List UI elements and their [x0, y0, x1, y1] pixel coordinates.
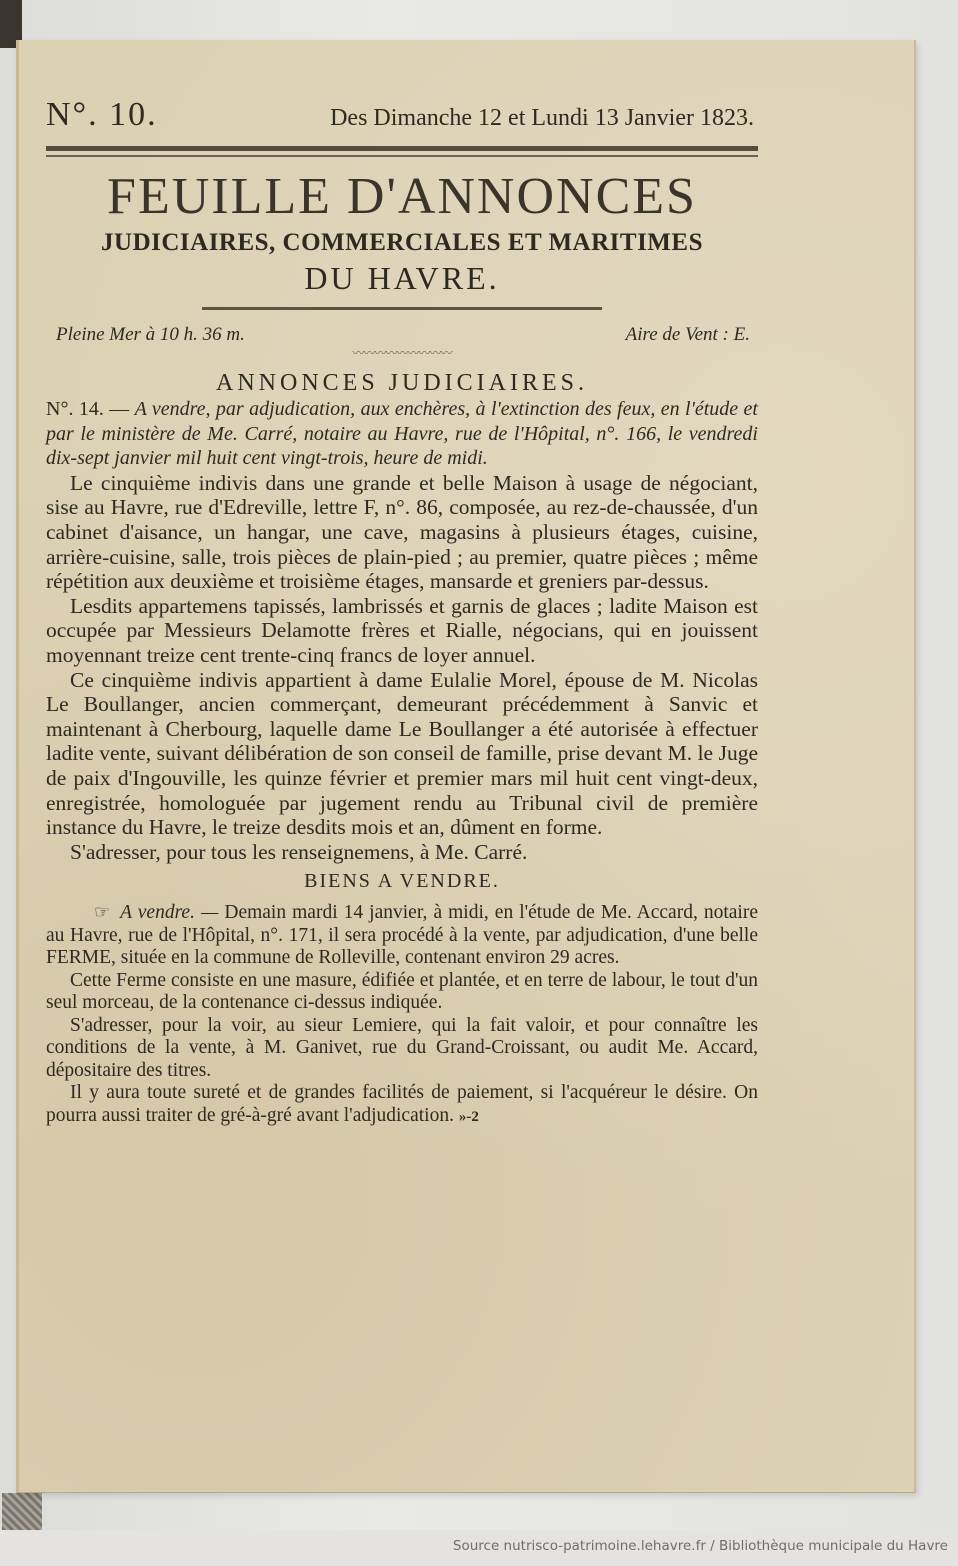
title-rule [202, 307, 602, 310]
masthead-rule-thick [46, 146, 758, 151]
issue-number: N°. 10. [46, 96, 158, 134]
notice-text: A vendre, par adjudication, aux enchères… [46, 398, 758, 469]
section-title-biens: BIENS A VENDRE. [46, 870, 758, 893]
newspaper-title: FEUILLE D'ANNONCES [46, 169, 758, 225]
binding-strip-bottom [2, 1493, 42, 1530]
high-tide: Pleine Mer à 10 h. 36 m. [56, 324, 245, 346]
tide-wind-line: Pleine Mer à 10 h. 36 m. Aire de Vent : … [46, 324, 758, 346]
pointing-hand-icon: ☞ [70, 901, 110, 924]
page-gutter [16, 40, 19, 1492]
closing-paragraph: Il y aura toute sureté et de grandes fac… [46, 1082, 758, 1128]
paragraph-text: Il y aura toute sureté et de grandes fac… [46, 1082, 758, 1126]
wavy-divider: 〰〰〰〰〰〰〰〰〰 [46, 346, 758, 360]
paragraph: S'adresser, pour tous les renseignemens,… [46, 840, 758, 865]
newspaper-subtitle: JUDICIAIRES, COMMERCIALES ET MARITIMES [46, 227, 758, 259]
sale-announcement: ☞ A vendre. — Demain mardi 14 janvier, à… [46, 901, 758, 970]
notice-number: N°. 14. — [46, 398, 129, 420]
wind-direction: Aire de Vent : E. [626, 324, 750, 346]
paragraph: Cette Ferme consiste en une masure, édif… [46, 970, 758, 1015]
newspaper-city: DU HAVRE. [46, 259, 758, 297]
paragraph: Le cinquième indivis dans une grande et … [46, 471, 758, 594]
paragraph: S'adresser, pour la voir, au sieur Lemie… [46, 1015, 758, 1083]
sale-lead-label: A vendre. — [120, 902, 218, 923]
end-mark: »-2 [459, 1109, 479, 1125]
issue-date: Des Dimanche 12 et Lundi 13 Janvier 1823… [330, 105, 758, 132]
section-title-judiciaires: ANNONCES JUDICIAIRES. [46, 370, 758, 397]
paragraph: Ce cinquième indivis appartient à dame E… [46, 668, 758, 840]
page-content: N°. 10. Des Dimanche 12 et Lundi 13 Janv… [46, 96, 758, 1128]
paragraph: Lesdits appartemens tapissés, lambrissés… [46, 594, 758, 668]
masthead-rule-thin [46, 155, 758, 157]
masthead-top-line: N°. 10. Des Dimanche 12 et Lundi 13 Janv… [46, 96, 758, 134]
notice-14: N°. 14. — A vendre, par adjudication, au… [46, 397, 758, 471]
source-credit: Source nutrisco-patrimoine.lehavre.fr / … [0, 1538, 948, 1554]
